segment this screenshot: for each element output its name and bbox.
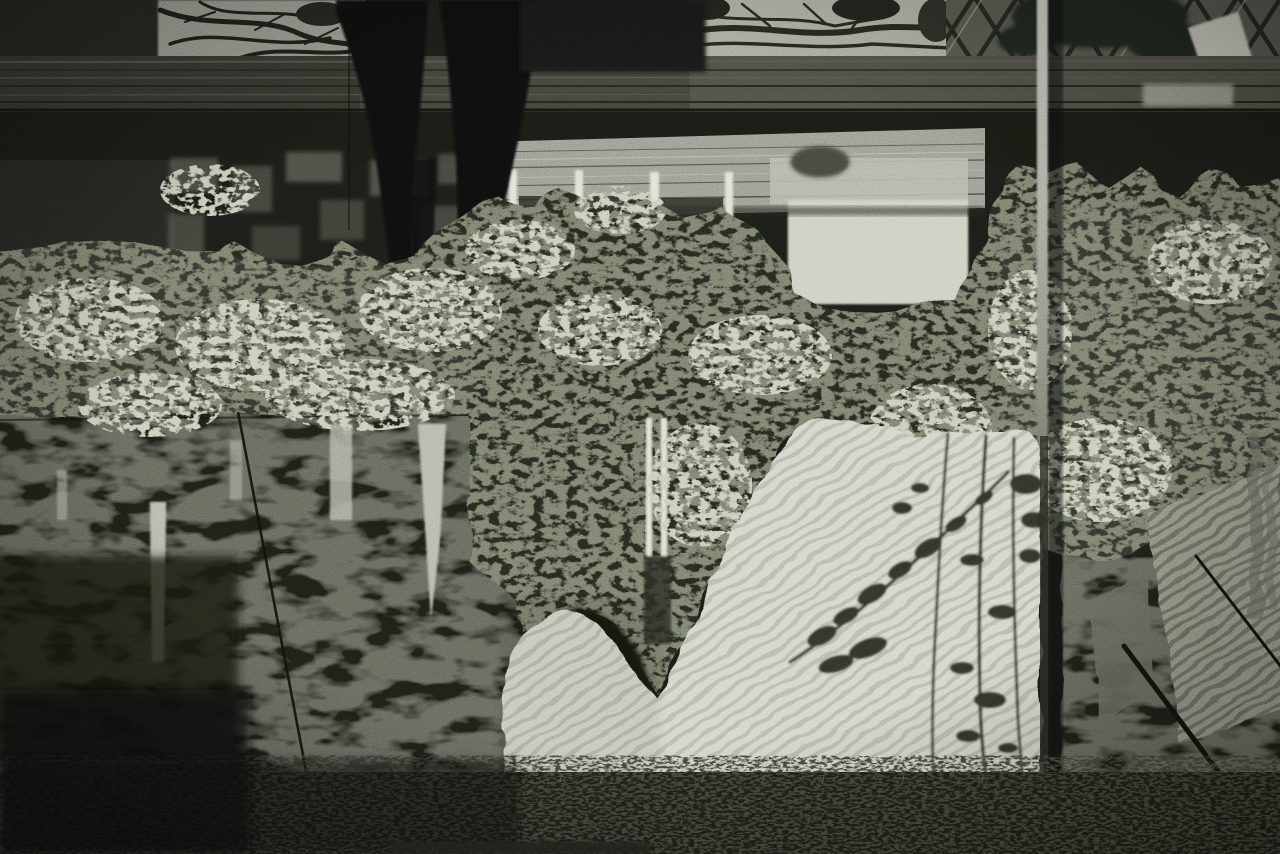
vignette [0, 0, 1280, 854]
photo [0, 0, 1280, 854]
photo-canvas [0, 0, 1280, 854]
